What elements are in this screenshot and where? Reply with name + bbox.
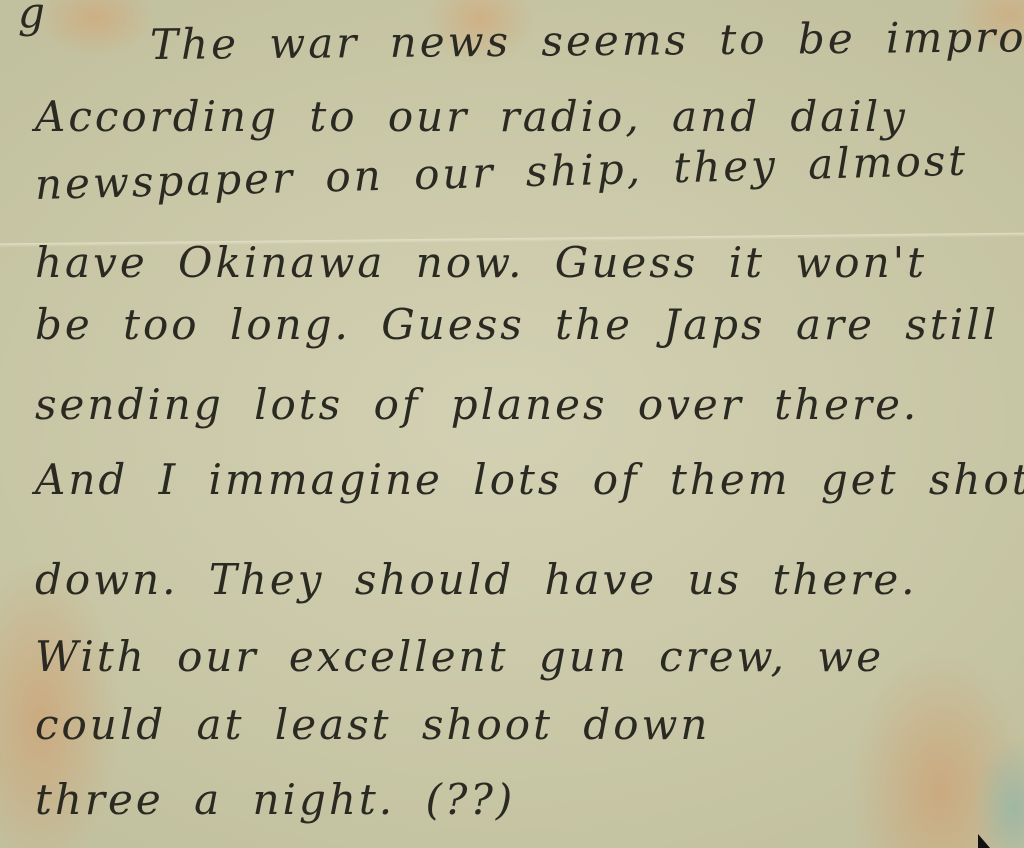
letter-line-8: down. They should have us there. <box>35 555 918 604</box>
letter-line-4: have Okinawa now. Guess it won't <box>35 238 927 287</box>
letter-line-11: three a night. (??) <box>35 775 515 824</box>
partial-glyph-top: g <box>18 0 45 37</box>
letter-line-7: And I immagine lots of them get shot <box>35 455 1024 504</box>
letter-line-1: The war news seems to be improving. <box>150 11 1024 69</box>
letter-line-6: sending lots of planes over there. <box>35 380 919 429</box>
letter-line-5: be too long. Guess the Japs are still <box>35 300 999 349</box>
letter-line-9: With our excellent gun crew, we <box>35 632 884 681</box>
letter-line-10: could at least shoot down <box>35 700 710 749</box>
letter-line-2: According to our radio, and daily <box>35 92 908 141</box>
torn-corner-stain <box>944 738 1024 848</box>
